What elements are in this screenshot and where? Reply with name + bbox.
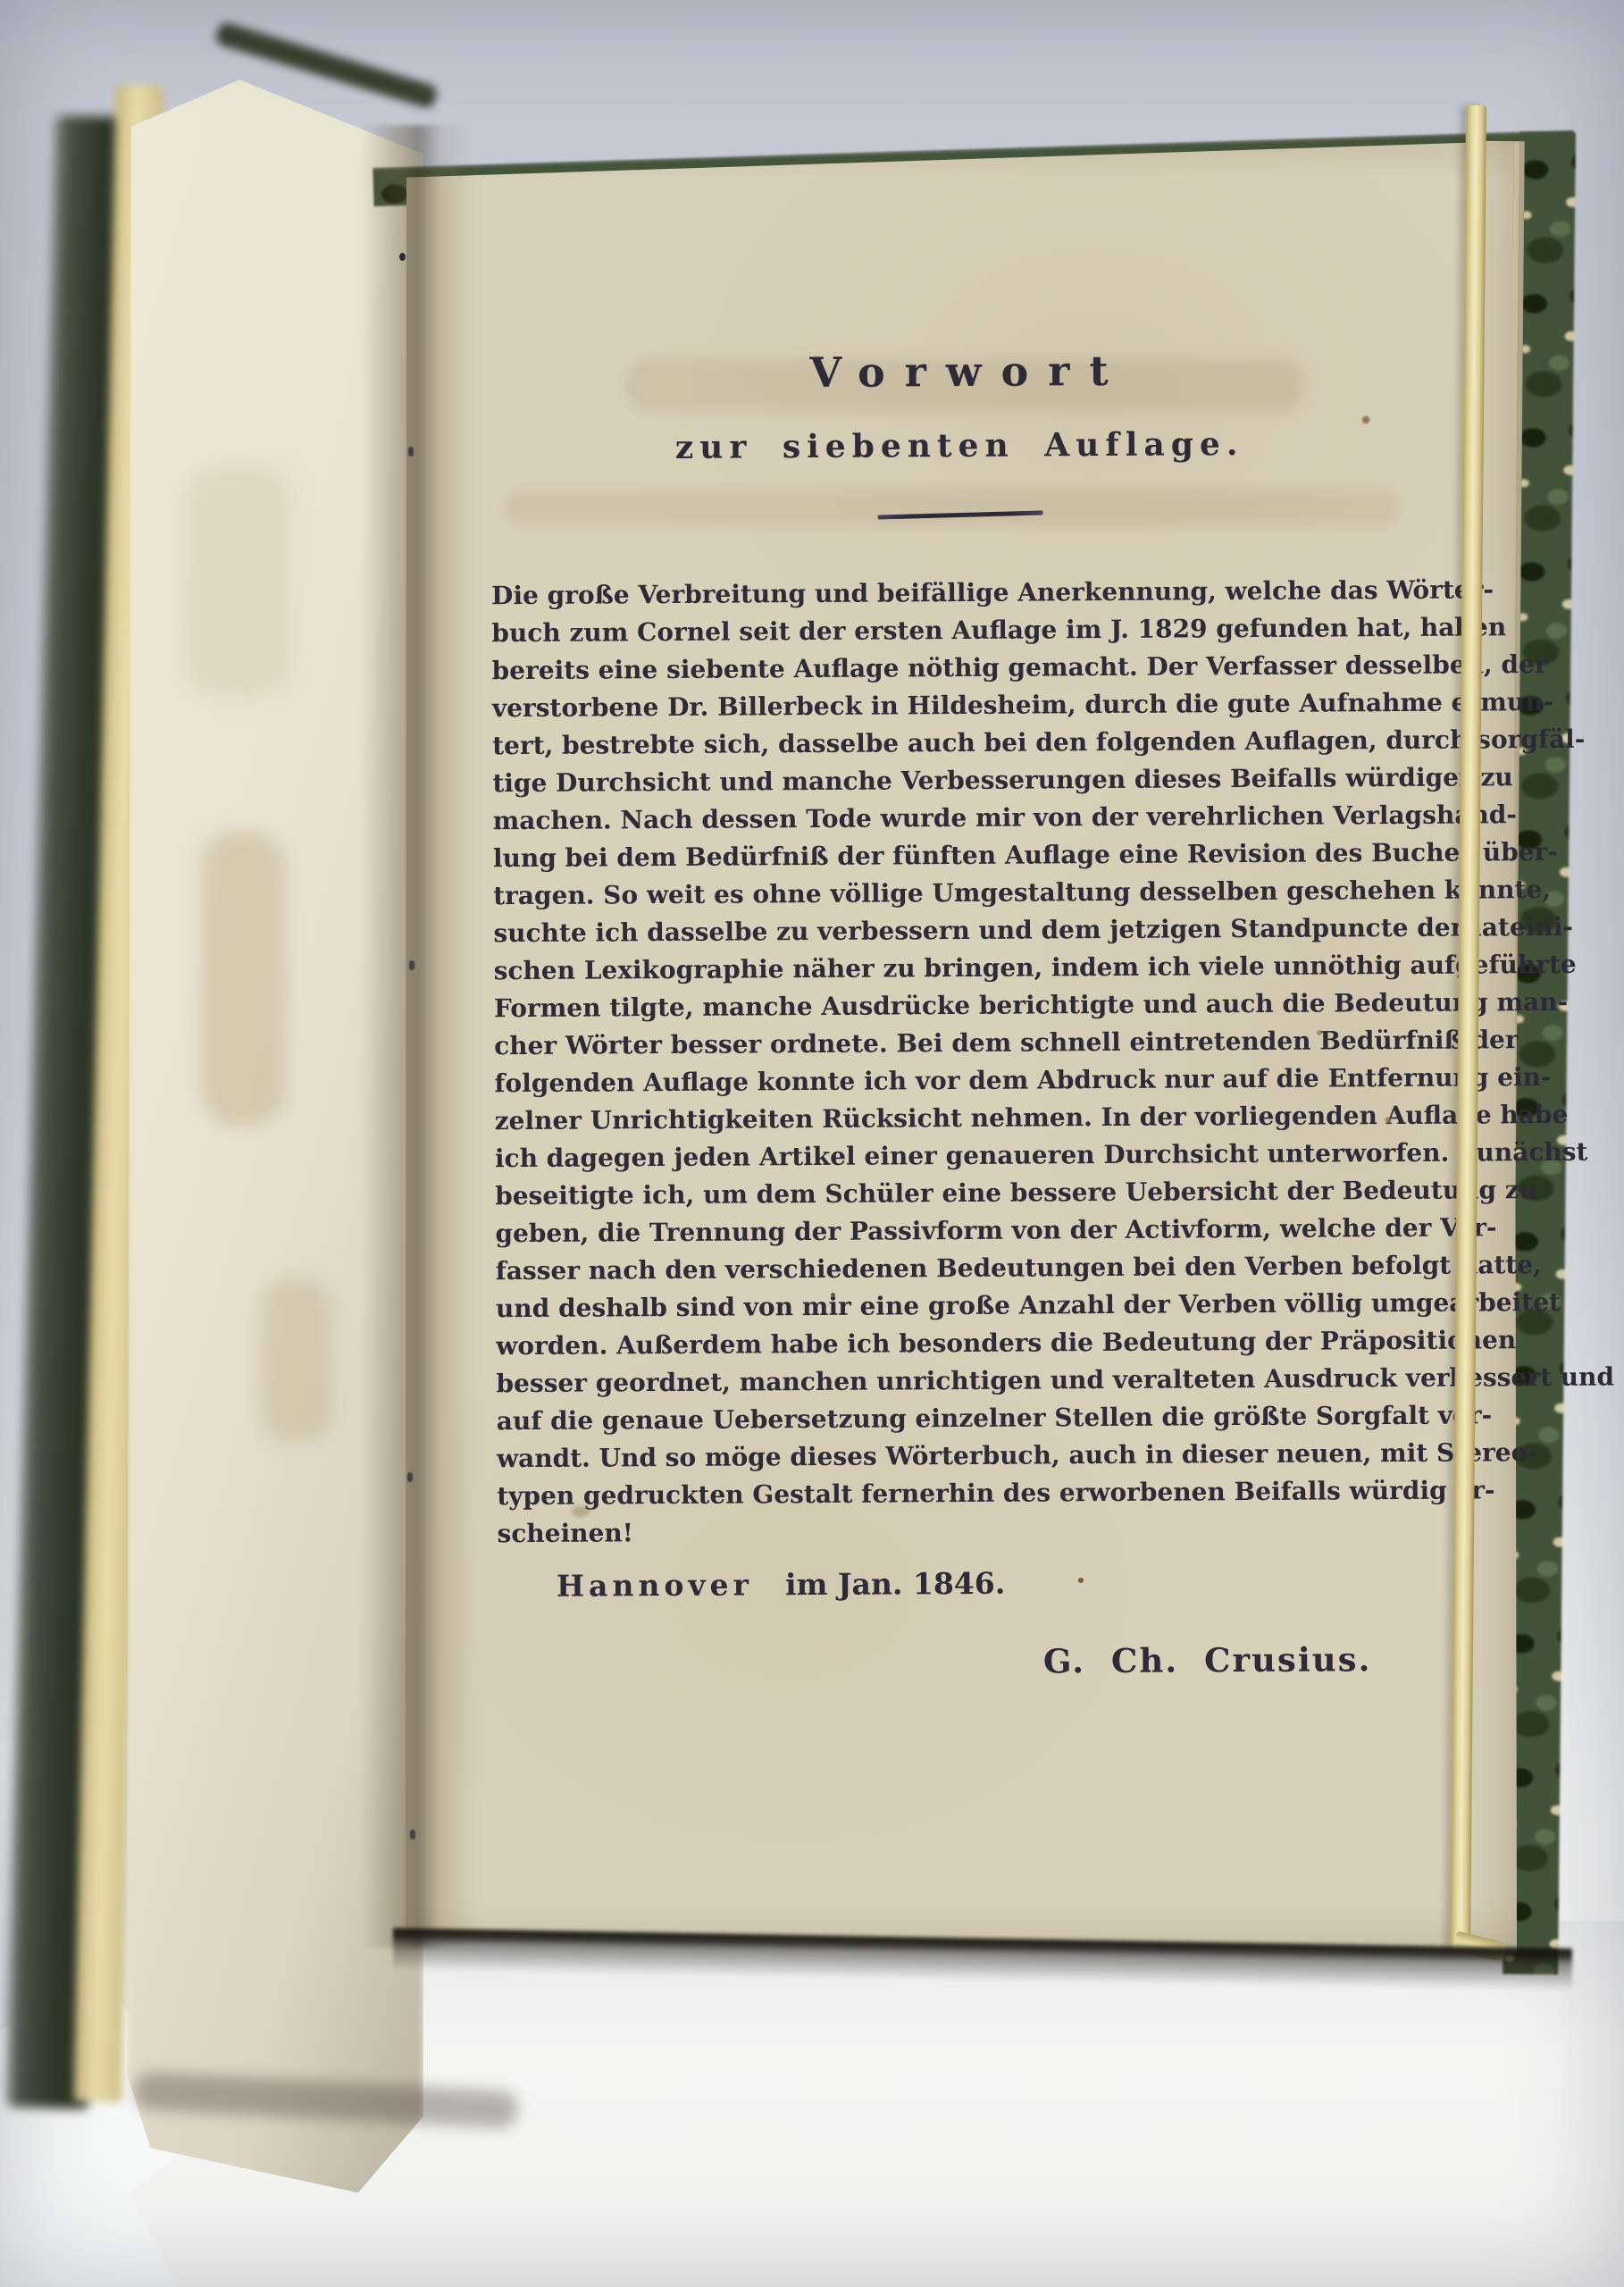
body-line: besser geordnet, manchen unrichtigen und… — [496, 1360, 1434, 1403]
body-line: typen gedruckten Gestalt fernerhin des e… — [497, 1472, 1435, 1515]
binding-stitch — [407, 1472, 413, 1482]
show-through-smudge — [261, 1278, 332, 1443]
body-line: folgenden Auflage konnte ich vor dem Abd… — [494, 1060, 1432, 1102]
body-line: ich dagegen jeden Artikel einer genauere… — [495, 1135, 1433, 1177]
body-line: suchte ich dasselbe zu verbessern und de… — [493, 909, 1431, 952]
dateline-place: Hannover — [557, 1567, 753, 1603]
body-line: Die große Verbreitung und beifällige Ane… — [491, 572, 1429, 615]
author-signature: G. Ch. Crusius. — [498, 1639, 1436, 1684]
body-line: wandt. Und so möge dieses Wörterbuch, au… — [497, 1435, 1435, 1478]
binding-stitch — [409, 960, 414, 970]
show-through-smudge — [183, 465, 290, 697]
body-line: schen Lexikographie näher zu bringen, in… — [494, 947, 1432, 990]
binding-stitch — [408, 447, 414, 457]
foxing-speck — [831, 1293, 835, 1297]
body-line: tragen. So weit es ohne völlige Umgestal… — [493, 872, 1431, 915]
binding-stitch — [410, 1830, 415, 1839]
foxing-speck — [399, 253, 406, 261]
preface-text-block: Vorwort zur siebenten Auflage. Die große… — [490, 348, 1436, 1684]
body-line: buch zum Cornel seit der ersten Auflage … — [491, 609, 1429, 652]
dateline: Hannoverim Jan. 1846. — [498, 1562, 1436, 1605]
body-line: fasser nach den verschiedenen Bedeutunge… — [496, 1247, 1434, 1290]
body-line: beseitigte ich, um dem Schüler eine bess… — [495, 1172, 1433, 1215]
page-subtitle: zur siebenten Auflage. — [490, 427, 1428, 465]
page-title: Vorwort — [490, 348, 1427, 395]
body-line: lung bei dem Bedürfniß der fünften Aufla… — [493, 834, 1431, 877]
body-line: und deshalb sind von mir eine große Anza… — [496, 1285, 1434, 1328]
body-line: cher Wörter besser ordnete. Bei dem schn… — [494, 1022, 1432, 1065]
body-line: machen. Nach dessen Tode wurde mir von d… — [493, 797, 1431, 840]
body-line: geben, die Trennung der Passivform von d… — [495, 1210, 1433, 1252]
body-line: Formen tilgte, manche Ausdrücke berichti… — [494, 984, 1432, 1027]
book-photo: Vorwort zur siebenten Auflage. Die große… — [0, 0, 1624, 2287]
body-paragraph: Die große Verbreitung und beifällige Ane… — [491, 572, 1436, 1553]
body-line: tert, bestrebte sich, dasselbe auch bei … — [492, 722, 1430, 765]
body-line: verstorbene Dr. Billerbeck in Hildesheim… — [492, 684, 1430, 727]
body-line: zelner Unrichtigkeiten Rücksicht nehmen.… — [495, 1097, 1433, 1140]
dateline-date: im Jan. 1846. — [785, 1566, 1005, 1603]
body-line: bereits eine siebente Auflage nöthig gem… — [492, 647, 1430, 690]
body-line: worden. Außerdem habe ich besonders die … — [496, 1322, 1434, 1365]
foxing-speck — [1317, 1030, 1322, 1035]
divider-rule — [877, 511, 1042, 520]
foxing-speck — [1078, 1578, 1084, 1583]
foxing-speck — [1361, 415, 1370, 424]
body-line: auf die genaue Uebersetzung einzelner St… — [497, 1397, 1435, 1440]
body-line: tige Durchsicht und manche Verbesserunge… — [492, 759, 1430, 802]
foxing-speck — [1385, 1117, 1392, 1124]
show-through-smudge — [201, 831, 286, 1126]
foxing-speck — [572, 1506, 590, 1517]
body-line: scheinen! — [497, 1510, 1435, 1553]
gutter-shadow — [361, 125, 472, 1948]
